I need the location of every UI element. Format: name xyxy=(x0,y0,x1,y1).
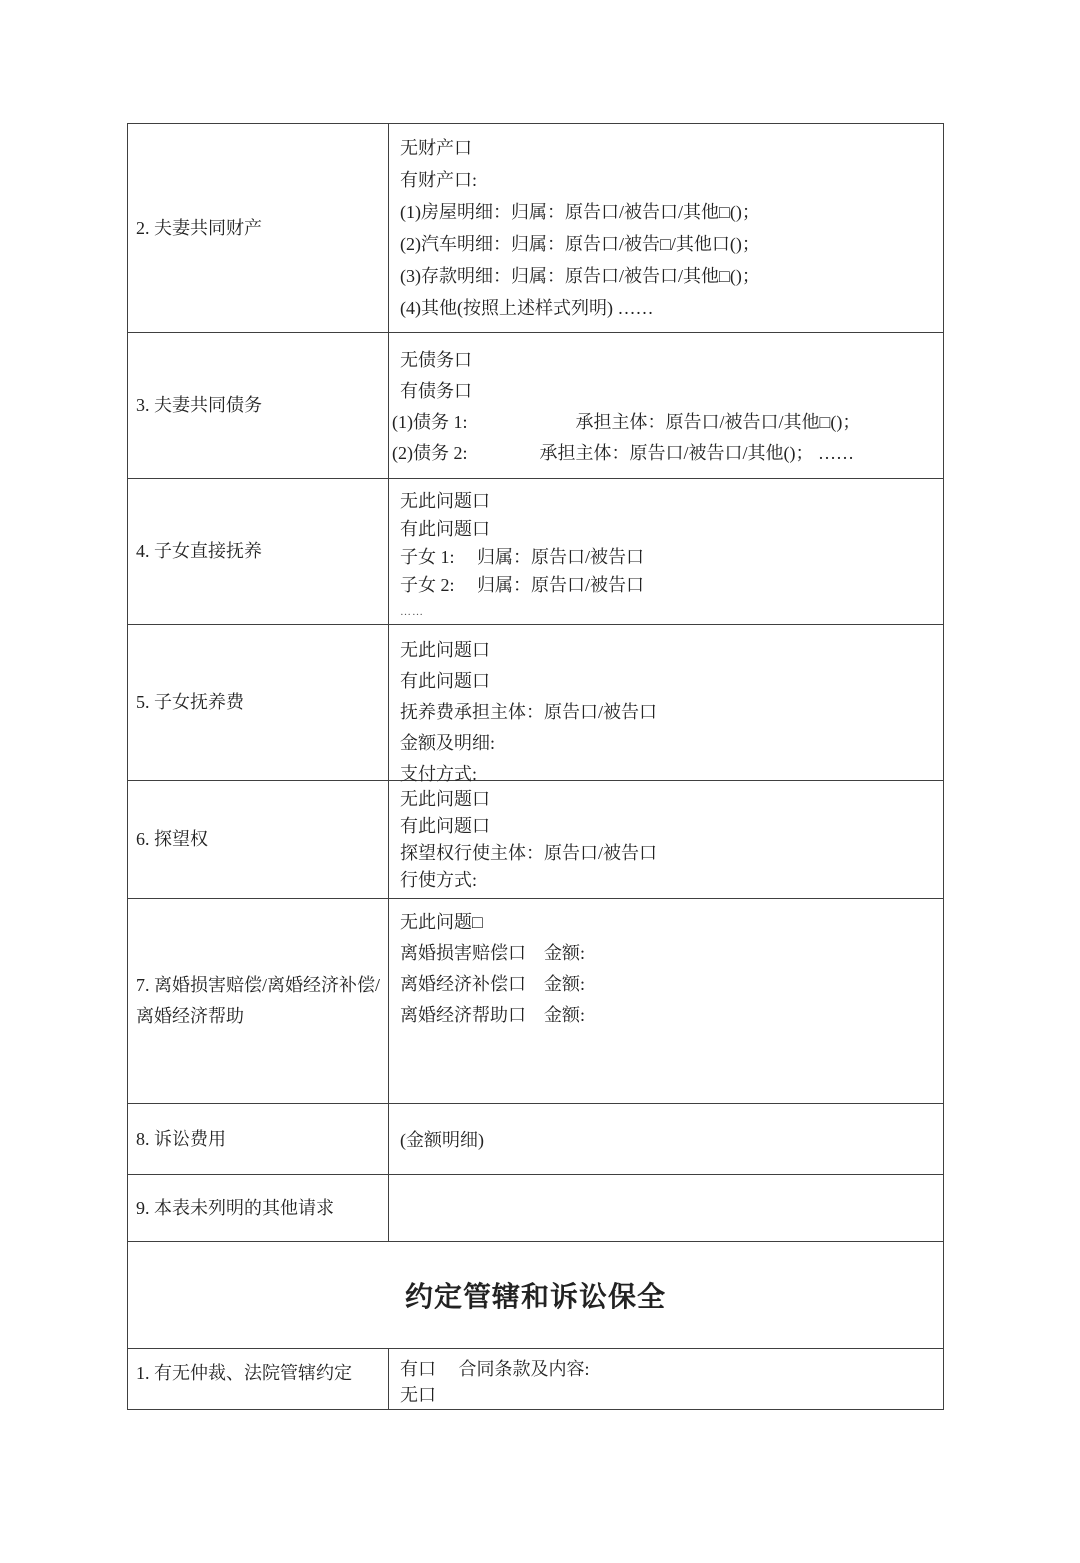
row-child-support: 5. 子女抚养费 无此问题口 有此问题口 抚养费承担主体：原告口/被告口 金额及… xyxy=(128,624,943,780)
checkbox-line: 抚养费承担主体：原告口/被告口 xyxy=(400,697,933,728)
checkbox-line: 子女 2: 归属：原告口/被告口 xyxy=(400,571,933,599)
checkbox-line: (2)汽车明细：归属：原告口/被告□/其他口()； xyxy=(400,228,933,260)
checkbox-line: 无此问题□ xyxy=(400,907,933,938)
checkbox-line: 有财产口: xyxy=(400,164,933,196)
checkbox-line: 无此问题口 xyxy=(400,786,933,813)
checkbox-line: 探望权行使主体：原告口/被告口 xyxy=(400,840,933,867)
row-child-custody: 4. 子女直接抚养 无此问题口 有此问题口 子女 1: 归属：原告口/被告口 子… xyxy=(128,478,943,624)
claims-table: 2. 夫妻共同财产 无财产口 有财产口: (1)房屋明细：归属：原告口/被告口/… xyxy=(127,123,944,1410)
row-label: 4. 子女直接抚养 xyxy=(128,479,389,624)
checkbox-line: (1)房屋明细：归属：原告口/被告口/其他□()； xyxy=(400,196,933,228)
row-content: 无此问题□ 离婚损害赔偿口 金额: 离婚经济补偿口 金额: 离婚经济帮助口 金额… xyxy=(389,899,943,1103)
checkbox-line: 有债务口 xyxy=(400,376,933,407)
row-visitation-rights: 6. 探望权 无此问题口 有此问题口 探望权行使主体：原告口/被告口 行使方式: xyxy=(128,780,943,898)
form-line: (4)其他(按照上述样式列明) …… xyxy=(400,292,933,324)
section-title: 约定管辖和诉讼保全 xyxy=(405,1275,666,1315)
row-content xyxy=(389,1175,943,1241)
form-line: (金额明细) xyxy=(400,1126,484,1152)
checkbox-line: 无财产口 xyxy=(400,132,933,164)
ellipsis-line: …… xyxy=(400,599,933,625)
row-other-claims: 9. 本表未列明的其他请求 xyxy=(128,1174,943,1241)
checkbox-line: (3)存款明细：归属：原告口/被告口/其他□()； xyxy=(400,260,933,292)
checkbox-line: 无此问题口 xyxy=(400,635,933,666)
checkbox-line: 无口 xyxy=(400,1382,933,1408)
checkbox-line: 无债务口 xyxy=(400,345,933,376)
section-header-row: 约定管辖和诉讼保全 xyxy=(128,1241,943,1348)
checkbox-line: 有口 合同条款及内容: xyxy=(400,1356,933,1382)
checkbox-line: 子女 1: 归属：原告口/被告口 xyxy=(400,543,933,571)
row-label: 6. 探望权 xyxy=(128,781,389,898)
checkbox-line: (2)债务 2: 承担主体：原告口/被告口/其他()； …… xyxy=(392,438,933,469)
row-label: 8. 诉讼费用 xyxy=(128,1104,389,1174)
checkbox-line: 离婚经济补偿口 金额: xyxy=(400,969,933,1000)
row-label: 1. 有无仲裁、法院管辖约定 xyxy=(128,1349,389,1409)
row-content: 无债务口 有债务口 (1)债务 1: 承担主体：原告口/被告口/其他□()； (… xyxy=(389,333,943,478)
row-label: 3. 夫妻共同债务 xyxy=(128,333,389,478)
row-content: 无此问题口 有此问题口 抚养费承担主体：原告口/被告口 金额及明细: 支付方式: xyxy=(389,625,943,780)
checkbox-line: 无此问题口 xyxy=(400,487,933,515)
row-content: 无此问题口 有此问题口 探望权行使主体：原告口/被告口 行使方式: xyxy=(389,781,943,898)
checkbox-line: 有此问题口 xyxy=(400,666,933,697)
checkbox-line: 离婚经济帮助口 金额: xyxy=(400,1000,933,1031)
row-label: 7. 离婚损害赔偿/离婚经济补偿/离婚经济帮助 xyxy=(128,899,389,1103)
row-label: 2. 夫妻共同财产 xyxy=(128,124,389,332)
row-content: (金额明细) xyxy=(389,1104,943,1174)
row-jurisdiction-agreement: 1. 有无仲裁、法院管辖约定 有口 合同条款及内容: 无口 xyxy=(128,1348,943,1409)
row-divorce-compensation: 7. 离婚损害赔偿/离婚经济补偿/离婚经济帮助 无此问题□ 离婚损害赔偿口 金额… xyxy=(128,898,943,1103)
checkbox-line: 有此问题口 xyxy=(400,813,933,840)
checkbox-line: (1)债务 1: 承担主体：原告口/被告口/其他□()； xyxy=(392,407,933,438)
checkbox-line: 有此问题口 xyxy=(400,515,933,543)
row-marital-property: 2. 夫妻共同财产 无财产口 有财产口: (1)房屋明细：归属：原告口/被告口/… xyxy=(128,124,943,332)
row-content: 有口 合同条款及内容: 无口 xyxy=(389,1349,943,1409)
row-label: 5. 子女抚养费 xyxy=(128,625,389,780)
row-litigation-costs: 8. 诉讼费用 (金额明细) xyxy=(128,1103,943,1174)
form-line: 金额及明细: xyxy=(400,728,933,759)
row-marital-debts: 3. 夫妻共同债务 无债务口 有债务口 (1)债务 1: 承担主体：原告口/被告… xyxy=(128,332,943,478)
checkbox-line: 离婚损害赔偿口 金额: xyxy=(400,938,933,969)
form-line: 行使方式: xyxy=(400,867,933,894)
row-content: 无财产口 有财产口: (1)房屋明细：归属：原告口/被告口/其他□()； (2)… xyxy=(389,124,943,332)
row-label: 9. 本表未列明的其他请求 xyxy=(128,1175,389,1241)
row-content: 无此问题口 有此问题口 子女 1: 归属：原告口/被告口 子女 2: 归属：原告… xyxy=(389,479,943,624)
